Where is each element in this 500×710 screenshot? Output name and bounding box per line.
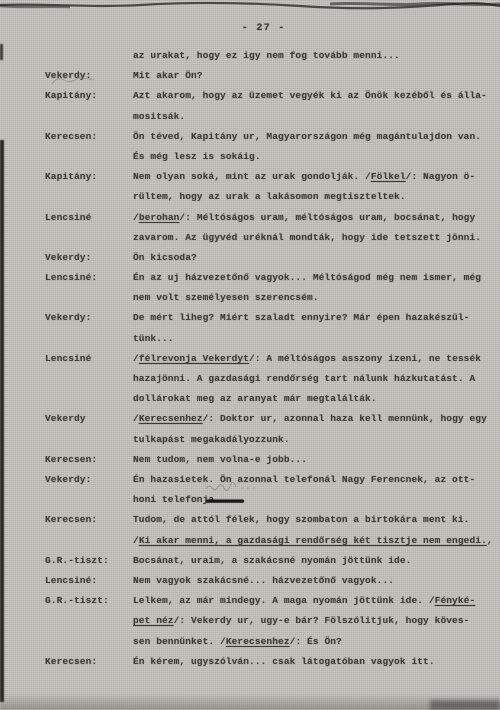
speaker-label: Lencsiné: [45, 208, 133, 228]
dialogue-row: Vekerdy/Kerecsenhez/: Doktor ur, azonnal…: [45, 409, 482, 449]
speaker-label: Vekerdy: [45, 409, 133, 429]
underlined-text: berohan: [139, 212, 180, 223]
text-segment: Ön kicsoda?: [133, 252, 197, 263]
text-segment: /: És Ön?: [290, 636, 342, 647]
speech-block: Én az uj házvezetőnő vagyok... Méltóságo…: [133, 268, 482, 308]
text-segment: hazajönni. A gazdasági rendőrség tart ná…: [133, 373, 475, 384]
text-segment: tulkapást megakadályozzunk.: [133, 434, 290, 445]
text-segment: Bocsánat, uraim, a szakácsné nyomán jött…: [133, 555, 411, 566]
dialogue-row: Vekerdy:Ön kicsoda?: [45, 248, 482, 268]
dialogue-row: Vekerdy:De mért liheg? Miért szaladt enn…: [45, 308, 482, 348]
speaker-label: Vekerdy:: [45, 308, 133, 328]
scan-artifact-bottom-band: [0, 694, 500, 710]
dialogue-line: nem volt személyesen szerencsém.: [133, 288, 482, 308]
text-segment: sen bennünket. /: [133, 636, 226, 647]
dialogue-line: Ön téved, Kapitány ur, Magyarországon mé…: [133, 127, 482, 147]
dialogue-row: Kapitány:Azt akarom, hogy az üzemet vegy…: [45, 86, 482, 126]
dialogue-row: Lencsiné:Én az uj házvezetőnő vagyok... …: [45, 268, 482, 308]
speech-block: /félrevonja Vekerdyt/: A méltóságos assz…: [133, 349, 482, 410]
speech-block: /berohan/: Méltóságos uram, méltóságos u…: [133, 208, 482, 248]
text-segment: /: Doktor ur, azonnal haza kell mennünk,…: [203, 413, 487, 424]
text-segment: És még lesz is sokáig.: [133, 151, 261, 162]
text-segment: Mit akar Ön?: [133, 70, 203, 81]
text-segment: Tudom, de attól félek, hogy szombaton a …: [133, 514, 469, 525]
speech-block: Nem tudom, nem volna-e jobb...: [133, 450, 482, 470]
speech-block: Ön téved, Kapitány ur, Magyarországon mé…: [133, 127, 482, 167]
dialogue-line: Azt akarom, hogy az üzemet vegyék ki az …: [133, 86, 482, 106]
text-segment: Nem olyan soká, mint az urak gondolják. …: [133, 171, 371, 182]
text-segment: Én hazasietek. Ön azonnal telefonál Nagy…: [133, 474, 475, 485]
dialogue-line: tünk...: [133, 329, 482, 349]
text-segment: De mért liheg? Miért szaladt ennyire? Má…: [133, 312, 469, 323]
text-segment: ,: [487, 535, 493, 546]
text-segment: Ön téved, Kapitány ur, Magyarországon mé…: [133, 131, 481, 142]
speaker-label: Kerecsen:: [45, 127, 133, 147]
speaker-label: Vekerdy:: [45, 248, 133, 268]
dialogue-line: hazajönni. A gazdasági rendőrség tart ná…: [133, 369, 482, 389]
dialogue-line: Én hazasietek. Ön azonnal telefonál Nagy…: [133, 470, 482, 490]
underlined-text: Fényké-: [435, 595, 476, 606]
speech-block: Ön kicsoda?: [133, 248, 482, 268]
dialogue-row: Kerecsen:Tudom, de attól félek, hogy szo…: [45, 510, 482, 550]
text-segment: dollárokat meg az aranyat már megtaláltá…: [133, 393, 377, 404]
speech-block: Mit akar Ön?: [133, 66, 482, 86]
dialogue-line: De mért liheg? Miért szaladt ennyire? Má…: [133, 308, 482, 328]
speaker-label: Kapitány:: [45, 86, 133, 106]
text-segment: Én az uj házvezetőnő vagyok... Méltóságo…: [133, 272, 481, 283]
text-segment: honi telefonj: [133, 494, 208, 505]
speaker-label: Kerecsen:: [45, 510, 133, 530]
dialogue-row: G.R.-tiszt:Lelkem, az már mindegy. A mag…: [45, 591, 482, 652]
scan-artifact-top-edge: [0, 0, 500, 14]
speaker-label: Lencsiné: [45, 349, 133, 369]
dialogue-line: Mit akar Ön?: [133, 66, 482, 86]
scan-artifact-left-mark: [0, 44, 3, 60]
underlined-text: Kerecsenhez: [139, 413, 203, 424]
scan-artifact-corner-smudge: [430, 700, 500, 710]
speaker-label: Lencsiné:: [45, 571, 133, 591]
text-segment: /: Nagyon ö-: [406, 171, 476, 182]
speaker-label: Kapitány:: [45, 167, 133, 187]
dialogue-line: honi telefonja: [133, 490, 482, 510]
dialogue-line: mositsák.: [133, 107, 482, 127]
speech-block: Nem vagyok szakácsné... házvezetőnő vagy…: [133, 571, 482, 591]
text-segment: Nem vagyok szakácsné... házvezetőnő vagy…: [133, 575, 394, 586]
underlined-text: pet néz: [133, 615, 174, 626]
speech-block: /Kerecsenhez/: Doktor ur, azonnal haza k…: [133, 409, 482, 449]
text-segment: zavarom. Az ügyvéd uréknál mondták, hogy…: [133, 232, 481, 243]
dialogue-row: Vekerdy:Én hazasietek. Ön azonnal telefo…: [45, 470, 482, 510]
text-segment: Azt akarom, hogy az üzemet vegyék ki az …: [133, 90, 487, 101]
underlined-text: félrevonja Vekerdyt: [139, 353, 249, 364]
dialogue-line: Lelkem, az már mindegy. A maga nyomán jö…: [133, 591, 482, 611]
text-segment: Lelkem, az már mindegy. A maga nyomán jö…: [133, 595, 435, 606]
speaker-label: Kerecsen:: [45, 450, 133, 470]
dialogue-line: Nem vagyok szakácsné... házvezetőnő vagy…: [133, 571, 482, 591]
dialogue-line: tulkapást megakadályozzunk.: [133, 430, 482, 450]
page-number: - 27 -: [45, 22, 482, 46]
speech-block: Én kérem, ugyszólván... csak látogatóban…: [133, 652, 482, 672]
handwritten-annotation: [204, 480, 258, 500]
text-segment: tünk...: [133, 333, 174, 344]
dialogue-line: az urakat, hogy ez igy nem fog tovább me…: [133, 46, 482, 66]
underlined-text: Ki akar menni, a gazdasági rendőrség két…: [139, 535, 487, 546]
dialogue-line: sen bennünket. /Kerecsenhez/: És Ön?: [133, 632, 482, 652]
dialogue-line: /berohan/: Méltóságos uram, méltóságos u…: [133, 208, 482, 228]
speech-block: De mért liheg? Miért szaladt ennyire? Má…: [133, 308, 482, 348]
dialogue-line: Nem tudom, nem volna-e jobb...: [133, 450, 482, 470]
dialogue-line: /Ki akar menni, a gazdasági rendőrség ké…: [133, 531, 482, 551]
text-segment: Nem tudom, nem volna-e jobb...: [133, 454, 307, 465]
document-page: - 27 - az urakat, hogy ez igy nem fog to…: [45, 22, 482, 672]
dialogue-row: Vekerdy:Mit akar Ön?: [45, 66, 482, 86]
dialogue-row: Kerecsen:Én kérem, ugyszólván... csak lá…: [45, 652, 482, 672]
dialogue-line: /félrevonja Vekerdyt/: A méltóságos assz…: [133, 349, 482, 369]
dialogue-row: Lencsiné/félrevonja Vekerdyt/: A méltósá…: [45, 349, 482, 410]
speech-block: Nem olyan soká, mint az urak gondolják. …: [133, 167, 482, 207]
speech-block: Azt akarom, hogy az üzemet vegyék ki az …: [133, 86, 482, 126]
dialogue-row: Kapitány:Nem olyan soká, mint az urak go…: [45, 167, 482, 207]
dialogue-line: Én az uj házvezetőnő vagyok... Méltóságo…: [133, 268, 482, 288]
speaker-label: Lencsiné:: [45, 268, 133, 288]
dialogue-line: pet néz/: Vekerdy ur, ugy-e bár? Fölszól…: [133, 611, 482, 631]
speech-block: Lelkem, az már mindegy. A maga nyomán jö…: [133, 591, 482, 652]
text-segment: mositsák.: [133, 111, 185, 122]
scanned-script-page: { "page": { "number_label": "- 27 -", "c…: [0, 0, 500, 710]
text-segment: /: Méltóságos uram, méltóságos uram, boc…: [179, 212, 475, 223]
dialogue-line: Nem olyan soká, mint az urak gondolják. …: [133, 167, 482, 187]
text-segment: /: Vekerdy ur, ugy-e bár? Fölszólitjuk, …: [174, 615, 470, 626]
dialogue-row: Kerecsen:Ön téved, Kapitány ur, Magyaror…: [45, 127, 482, 167]
speech-block: Tudom, de attól félek, hogy szombaton a …: [133, 510, 482, 550]
speaker-label: Vekerdy:: [45, 470, 133, 490]
dialogue-list: az urakat, hogy ez igy nem fog tovább me…: [45, 46, 482, 672]
speaker-label: G.R.-tiszt:: [45, 551, 133, 571]
dialogue-row: az urakat, hogy ez igy nem fog tovább me…: [45, 46, 482, 66]
dialogue-row: Kerecsen:Nem tudom, nem volna-e jobb...: [45, 450, 482, 470]
speaker-label: Kerecsen:: [45, 652, 133, 672]
underlined-text: Kerecsenhez: [226, 636, 290, 647]
dialogue-row: Lencsiné/berohan/: Méltóságos uram, mélt…: [45, 208, 482, 248]
underlined-text: Fölkel: [371, 171, 406, 182]
text-segment: rültem, hogy az urak a lakásomon megtisz…: [133, 191, 406, 202]
speaker-label: G.R.-tiszt:: [45, 591, 133, 611]
dialogue-line: dollárokat meg az aranyat már megtaláltá…: [133, 389, 482, 409]
dialogue-row: G.R.-tiszt:Bocsánat, uraim, a szakácsné …: [45, 551, 482, 571]
pencil-scribble: [49, 74, 99, 96]
dialogue-line: És még lesz is sokáig.: [133, 147, 482, 167]
dialogue-line: Tudom, de attól félek, hogy szombaton a …: [133, 510, 482, 530]
speech-block: az urakat, hogy ez igy nem fog tovább me…: [133, 46, 482, 66]
text-segment: Én kérem, ugyszólván... csak látogatóban…: [133, 656, 435, 667]
scan-artifact-left-edge: [0, 140, 4, 702]
text-segment: nem volt személyesen szerencsém.: [133, 292, 319, 303]
dialogue-line: rültem, hogy az urak a lakásomon megtisz…: [133, 187, 482, 207]
dialogue-row: Lencsiné:Nem vagyok szakácsné... házveze…: [45, 571, 482, 591]
dialogue-line: Bocsánat, uraim, a szakácsné nyomán jött…: [133, 551, 482, 571]
struck-text: a: [208, 490, 214, 510]
dialogue-line: zavarom. Az ügyvéd uréknál mondták, hogy…: [133, 228, 482, 248]
text-segment: /: A méltóságos asszony izeni, ne tessék: [249, 353, 481, 364]
speech-block: Én hazasietek. Ön azonnal telefonál Nagy…: [133, 470, 482, 510]
dialogue-line: /Kerecsenhez/: Doktor ur, azonnal haza k…: [133, 409, 482, 429]
text-segment: az urakat, hogy ez igy nem fog tovább me…: [133, 50, 400, 61]
dialogue-line: Én kérem, ugyszólván... csak látogatóban…: [133, 652, 482, 672]
speech-block: Bocsánat, uraim, a szakácsné nyomán jött…: [133, 551, 482, 571]
dialogue-line: Ön kicsoda?: [133, 248, 482, 268]
